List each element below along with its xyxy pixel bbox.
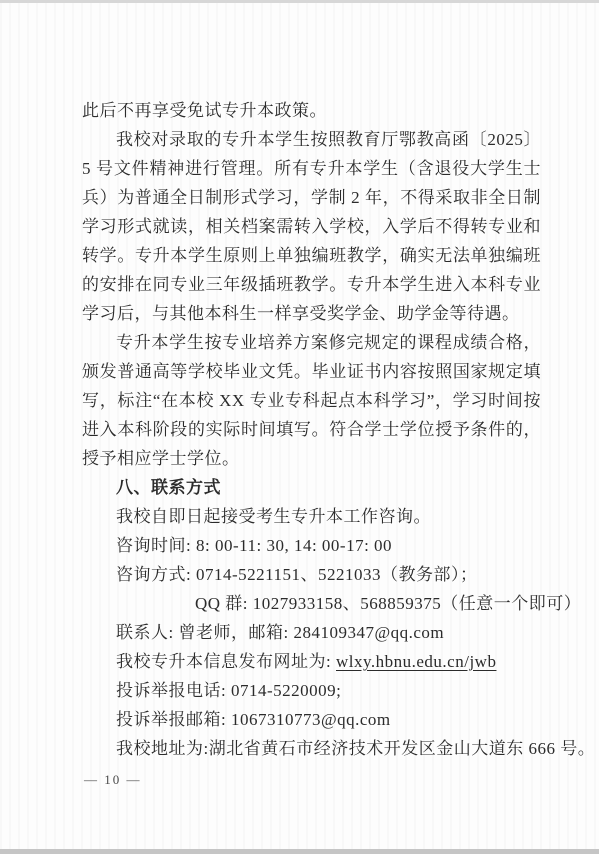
contact-address: 我校地址为:湖北省黄石市经济技术开发区金山大道东 666 号。 [82, 734, 541, 763]
contact-qq-groups: QQ 群: 1027933158、568859375（任意一个即可） [82, 589, 541, 618]
contact-website-url[interactable]: wlxy.hbnu.edu.cn/jwb [336, 652, 496, 671]
contact-intro: 我校自即日起接受考生专升本工作咨询。 [82, 502, 541, 531]
contact-website-line: 我校专升本信息发布网址为: wlxy.hbnu.edu.cn/jwb [82, 647, 541, 676]
contact-report-phone: 投诉举报电话: 0714-5220009; [82, 676, 541, 705]
contact-person-email: 联系人: 曾老师，邮箱: 284109347@qq.com [82, 618, 541, 647]
contact-website-label: 我校专升本信息发布网址为: [116, 652, 336, 671]
body-paragraph-management: 我校对录取的专升本学生按照教育厅鄂教高函〔2025〕5 号文件精神进行管理。所有… [82, 125, 541, 328]
contact-phone: 咨询方式: 0714-5221151、5221033（教务部）； [82, 560, 541, 589]
body-paragraph-graduation: 专升本学生按专业培养方案修完规定的课程成绩合格，颁发普通高等学校毕业文凭。毕业证… [82, 328, 541, 473]
section-heading-contact: 八、联系方式 [82, 473, 541, 502]
scanned-document-page: 此后不再享受免试专升本政策。 我校对录取的专升本学生按照教育厅鄂教高函〔2025… [0, 0, 599, 854]
page-number: — 10 — [84, 770, 142, 790]
contact-hours: 咨询时间: 8: 00-11: 30, 14: 00-17: 00 [82, 531, 541, 560]
body-paragraph-continuation: 此后不再享受免试专升本政策。 [82, 96, 541, 125]
scan-edge-bottom [0, 849, 599, 854]
scan-edge-top [0, 0, 599, 3]
contact-report-email: 投诉举报邮箱: 1067310773@qq.com [82, 705, 541, 734]
document-body: 此后不再享受免试专升本政策。 我校对录取的专升本学生按照教育厅鄂教高函〔2025… [82, 96, 541, 763]
